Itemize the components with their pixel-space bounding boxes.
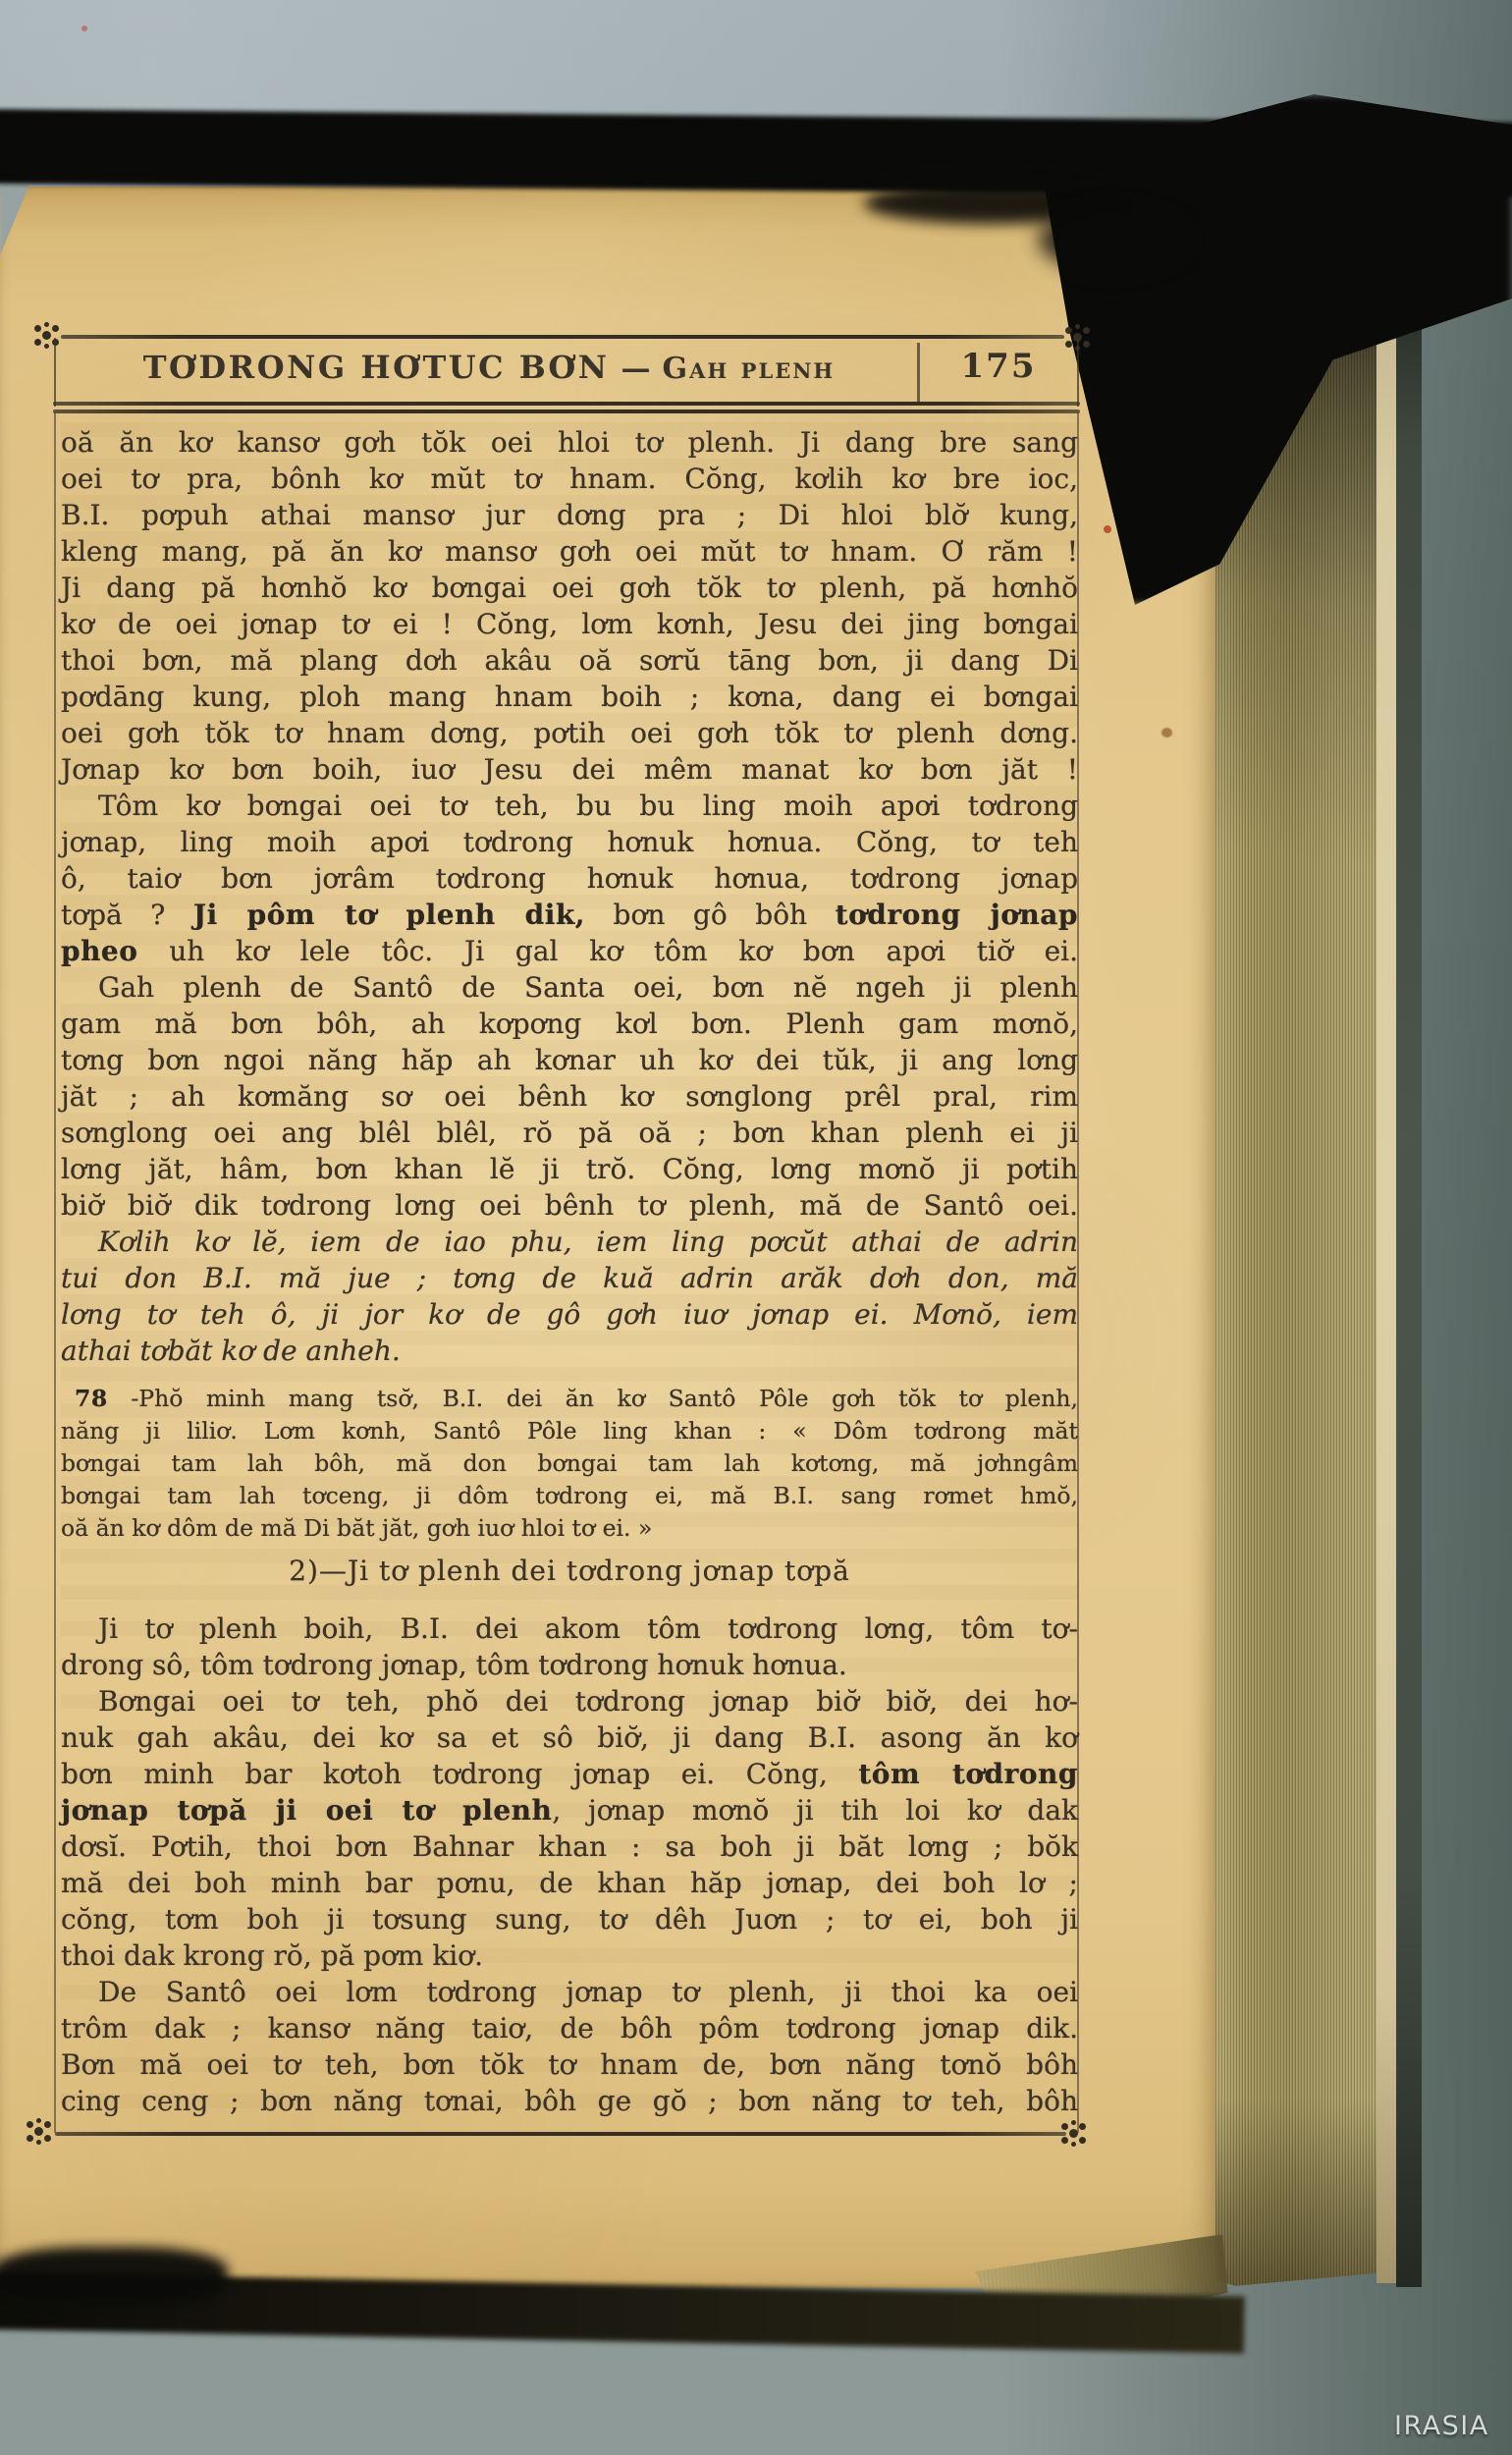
block-heading: 2)—Ji tơ plenh dei tơdrong jơnap tơpă xyxy=(61,1555,1078,1588)
header-double-rule-bottom xyxy=(53,409,1080,413)
text-line: ô, taiơ bơn jơrâm tơdrong hơnuk hơnua, t… xyxy=(61,861,1078,898)
text-line: Ji dang pă hơnhŏ kơ bơngai oei gơh tŏk t… xyxy=(61,571,1078,607)
text-line: jơnap tơpă ji oei tơ plenh, jơnap mơnŏ j… xyxy=(61,1793,1078,1829)
bold-text: tôm tơdrong xyxy=(858,1758,1078,1790)
text-line: Kơlih kơ lĕ, iem de iao phu, iem ling pơ… xyxy=(61,1225,1078,1261)
text-line: thoi bơn, mă plang dơh akâu oă sơrŭ tāng… xyxy=(61,643,1078,680)
running-head-title: TƠDRONG HƠTUC BƠN xyxy=(143,349,610,386)
block-body: Gah plenh de Santô de Santa oei, bơn nĕ … xyxy=(61,970,1078,1225)
text-line: tui don B.I. mă jue ; tơng de kuă adrin … xyxy=(61,1261,1078,1297)
fleuron-ornament-icon xyxy=(1058,2118,1088,2148)
text-line: gam mă bơn bôh, ah kơpơng kơl bơn. Plenh… xyxy=(61,1007,1078,1043)
text-line: dơsĭ. Pơtih, thoi bơn Bahnar khan : sa b… xyxy=(61,1829,1078,1866)
header-double-rule-top xyxy=(53,402,1080,406)
block-body: Tôm kơ bơngai oei tơ teh, bu bu ling moi… xyxy=(61,789,1078,970)
text-line: bơngai tam lah tơceng, ji dôm tơdrong ei… xyxy=(61,1480,1078,1512)
text-line: pơdāng kung, ploh mang hnam boih ; kơna,… xyxy=(61,680,1078,716)
block-body: oă ăn kơ kansơ gơh tŏk oei hloi tơ plenh… xyxy=(61,425,1078,789)
text-line: bơngai tam lah bôh, mă don bơngai tam la… xyxy=(61,1447,1078,1480)
text-line: nuk gah akâu, dei kơ sa et sô biơ̆, ji d… xyxy=(61,1720,1078,1757)
text-line: cing ceng ; bơn năng tơnai, bôh ge gŏ ; … xyxy=(61,2084,1078,2120)
text-line: Jơnap kơ bơn boih, iuơ Jesu dei mêm mana… xyxy=(61,752,1078,789)
fleuron-ornament-icon xyxy=(24,2116,53,2146)
fleuron-ornament-icon xyxy=(31,320,61,350)
text-line: Ji tơ plenh boih, B.I. dei akom tôm tơdr… xyxy=(61,1611,1078,1648)
red-speck xyxy=(81,26,87,31)
block-body: De Santô oei lơm tơdrong jơnap tơ plenh,… xyxy=(61,1975,1078,2120)
block-italic: Kơlih kơ lĕ, iem de iao phu, iem ling pơ… xyxy=(61,1225,1078,1370)
bold-text: 78 xyxy=(75,1385,108,1412)
text-line: jơnap, ling moih apơi tơdrong hơnuk hơnu… xyxy=(61,825,1078,861)
text-line: lơng jăt, hâm, bơn khan lĕ ji trŏ. Cŏng,… xyxy=(61,1152,1078,1188)
header-top-rule xyxy=(61,335,1064,339)
text-line: oă ăn kơ dôm de mă Di băt jăt, gơh iuơ h… xyxy=(61,1512,1078,1545)
text-line: biơ̆ biơ̆ dik tơdrong lơng oei bênh tơ p… xyxy=(61,1188,1078,1225)
header-box-right-line xyxy=(1077,338,1079,407)
block-body: Bơngai oei tơ teh, phŏ dei tơdrong jơnap… xyxy=(61,1684,1078,1975)
text-line: B.I. pơpuh athai mansơ jur dơng pra ; Di… xyxy=(61,498,1078,534)
text-line: jăt ; ah kơmăng sơ oei bênh kơ sơnglong … xyxy=(61,1079,1078,1116)
text-line: Bơngai oei tơ teh, phŏ dei tơdrong jơnap… xyxy=(61,1684,1078,1720)
text-line: 78 -Phŏ minh mang tsơ̆, B.I. dei ăn kơ S… xyxy=(61,1383,1078,1415)
running-head: TƠDRONG HƠTUC BƠN—Gah plenh xyxy=(69,349,909,386)
text-line: oei gơh tŏk tơ hnam dơng, pơtih oei gơh … xyxy=(61,716,1078,752)
text-line: oei tơ pra, bônh kơ mŭt tơ hnam. Cŏng, k… xyxy=(61,462,1078,498)
text-line: Tôm kơ bơngai oei tơ teh, bu bu ling moi… xyxy=(61,789,1078,825)
text-line: oă ăn kơ kansơ gơh tŏk oei hloi tơ plenh… xyxy=(61,425,1078,462)
bold-text: tơdrong jơnap xyxy=(836,899,1078,931)
text-line: pheo uh kơ lele tôc. Ji gal kơ tôm kơ bơ… xyxy=(61,934,1078,970)
text-line: mă dei boh minh bar pơnu, de khan hăp jơ… xyxy=(61,1866,1078,1902)
text-line: sơnglong oei ang blêl blêl, rŏ pă oă ; b… xyxy=(61,1116,1078,1152)
page-number: 175 xyxy=(920,347,1077,386)
bold-text: pheo xyxy=(61,935,137,967)
text-line: thoi dak krong rŏ, pă pơm kiơ. xyxy=(61,1938,1078,1975)
text-line: 2)—Ji tơ plenh dei tơdrong jơnap tơpă xyxy=(61,1555,1078,1588)
running-head-section: Gah plenh xyxy=(662,352,835,386)
text-line: athai tơbăt kơ de anheh. xyxy=(61,1334,1078,1370)
text-line: Bơn mă oei tơ teh, bơn tŏk tơ hnam de, b… xyxy=(61,2047,1078,2084)
text-line: drong sô, tôm tơdrong jơnap, tôm tơdrong… xyxy=(61,1648,1078,1684)
bold-text: jơnap tơpă ji oei tơ plenh xyxy=(61,1794,552,1827)
text-flow: oă ăn kơ kansơ gơh tŏk oei hloi tơ plenh… xyxy=(61,425,1078,2120)
text-line: De Santô oei lơm tơdrong jơnap tơ plenh,… xyxy=(61,1975,1078,2011)
header-box-left-line xyxy=(54,338,56,407)
text-line: bơn minh bar kơtoh tơdrong jơnap ei. Cŏn… xyxy=(61,1757,1078,1793)
text-line: lơng tơ teh ô, ji jor kơ de gô gơh iuơ j… xyxy=(61,1297,1078,1334)
bold-text: Ji pôm tơ plenh dik, xyxy=(193,899,585,931)
footer-rule xyxy=(55,2132,1066,2136)
text-line: Gah plenh de Santô de Santa oei, bơn nĕ … xyxy=(61,970,1078,1007)
paper-stain-spot xyxy=(1161,728,1172,737)
irasia-watermark: IRASIA xyxy=(1394,2411,1489,2441)
text-line: năng ji liliơ. Lơm kơnh, Santô Pôle ling… xyxy=(61,1415,1078,1447)
block-footnote: 78 -Phŏ minh mang tsơ̆, B.I. dei ăn kơ S… xyxy=(61,1383,1078,1545)
text-line: kleng mang, pă ăn kơ mansơ gơh oei mŭt t… xyxy=(61,534,1078,571)
red-speck xyxy=(1104,525,1111,533)
running-head-dash: — xyxy=(609,352,662,386)
text-line: tơng bơn ngoi năng hăp ah kơnar uh kơ de… xyxy=(61,1043,1078,1079)
block-body: Ji tơ plenh boih, B.I. dei akom tôm tơdr… xyxy=(61,1611,1078,1684)
text-frame-left-line xyxy=(54,412,56,2133)
text-line: kơ de oei jơnap tơ ei ! Cŏng, lơm kơnh, … xyxy=(61,607,1078,643)
text-line: cŏng, tơm boh ji tơsung sung, tơ dêh Juơ… xyxy=(61,1902,1078,1938)
text-line: tơpă ? Ji pôm tơ plenh dik, bơn gô bôh t… xyxy=(61,898,1078,934)
text-line: trôm dak ; kansơ năng taiơ, de bôh pôm t… xyxy=(61,2011,1078,2047)
